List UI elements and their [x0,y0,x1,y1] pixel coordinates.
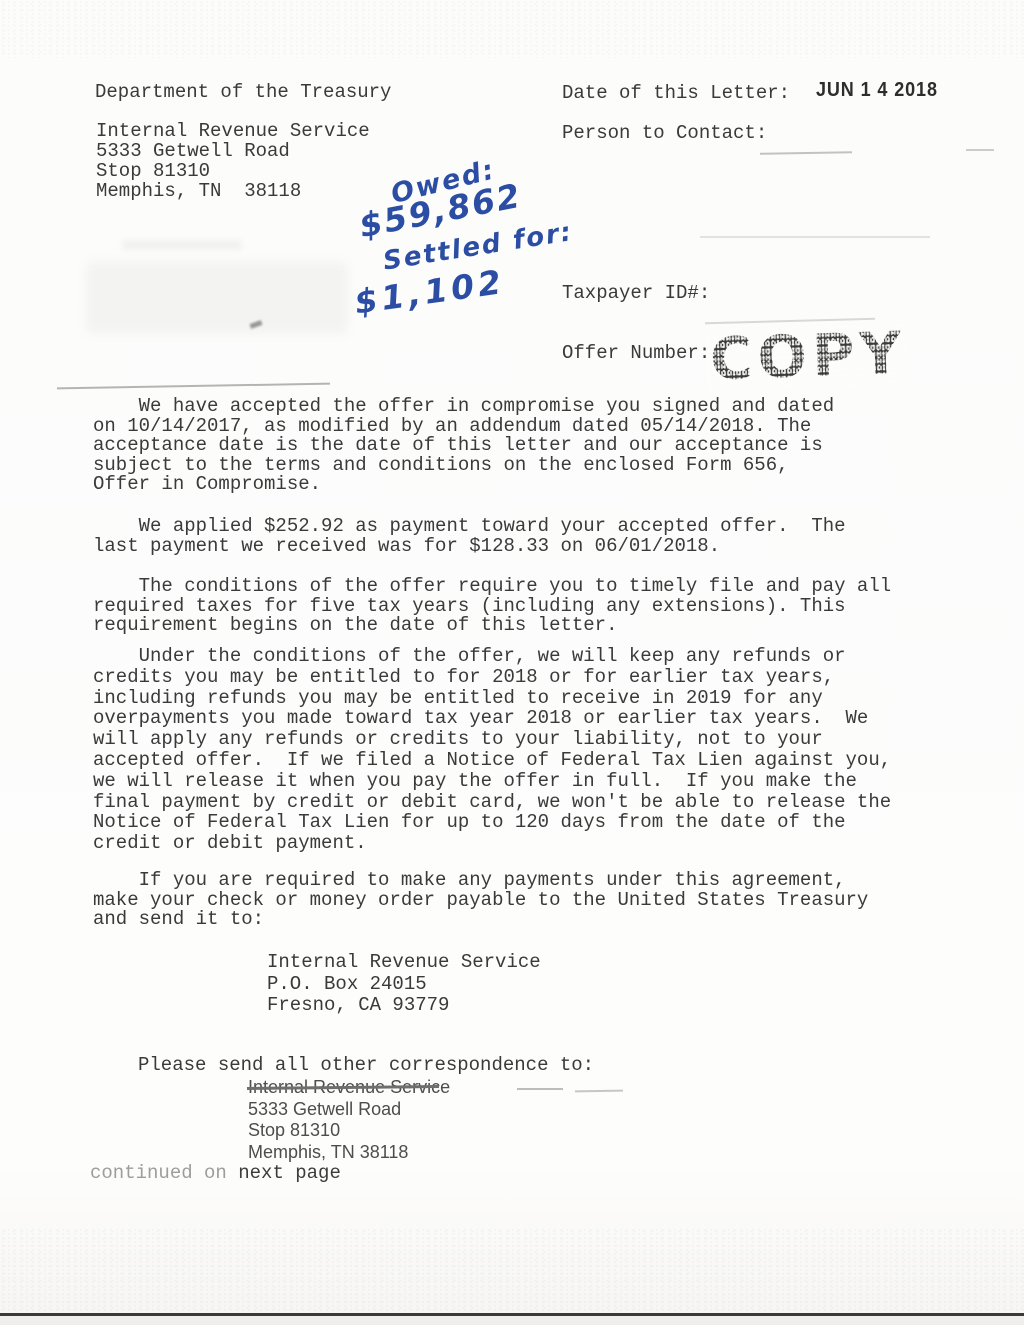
scan-artifact-bleedthrough [86,262,348,334]
scan-artifact-sticker-dash-1 [517,1088,563,1090]
scan-artifact-faint-rule [57,383,330,389]
paragraph-payment-applied: We applied $252.92 as payment toward you… [93,517,846,556]
date-received-stamp: JUN 1 4 2018 [816,79,938,102]
person-to-contact-label: Person to Contact: [562,124,767,144]
paragraph-acceptance: We have accepted the offer in compromise… [93,397,834,495]
scan-artifact-dash-contact [760,151,852,155]
scan-below-edge-strip [0,1316,1024,1325]
paragraph-refunds-lien: Under the conditions of the offer, we wi… [93,646,891,854]
payment-address: Internal Revenue Service P.O. Box 24015 … [267,952,541,1017]
continued-footer: continued on next page [90,1164,341,1184]
continued-footer-faded: continued on [90,1162,238,1184]
taxpayer-id-label: Taxpayer ID#: [562,283,710,303]
date-of-letter-label: Date of this Letter: [562,84,790,104]
scan-artifact-sticker-dash-2 [575,1090,623,1093]
scan-noise-top [0,0,1024,58]
handwritten-settled-amount: $1,102 [352,262,507,322]
correspondence-address: Internal Revenue Service 5333 Getwell Ro… [248,1077,450,1163]
scan-artifact-dash-right [966,149,994,151]
scan-artifact-bleedthrough-small [122,240,242,250]
scan-noise-bottom [0,1228,1024,1314]
paragraph-conditions: The conditions of the offer require you … [93,577,891,636]
paragraph-payment-instructions: If you are required to make any payments… [93,871,868,930]
sender-department: Department of the Treasury [95,83,391,103]
taxpayer-id-block: Taxpayer ID#: Offer Number: [562,243,710,403]
offer-number-label: Offer Number: [562,343,710,363]
copy-stamp: COPY [709,323,907,390]
correspondence-label: Please send all other correspondence to: [138,1056,594,1076]
scan-artifact-strip-edge-top [700,236,930,238]
continued-footer-dark: next page [238,1162,341,1184]
sender-address: Internal Revenue Service 5333 Getwell Ro… [96,121,370,201]
scanned-letter-page: Department of the Treasury Internal Reve… [0,0,1024,1325]
